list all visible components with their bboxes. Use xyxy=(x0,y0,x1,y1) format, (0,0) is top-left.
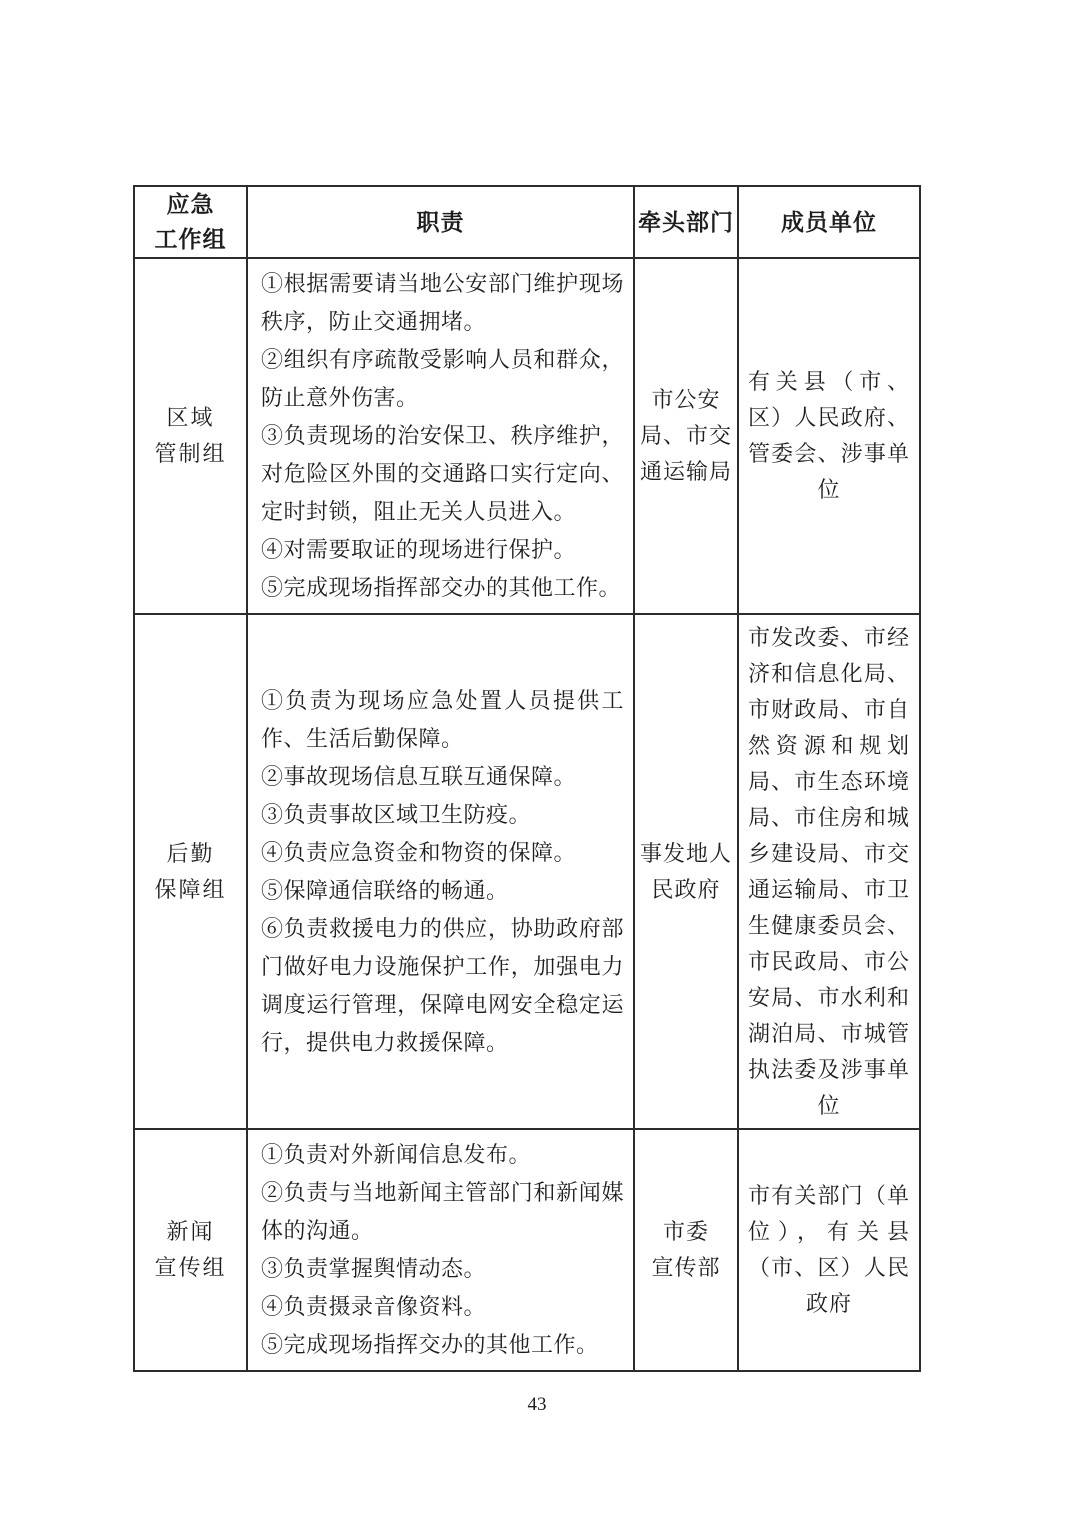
duties-list: ①负责为现场应急处置人员提供工作、生活后勤保障。 ②事故现场信息互联互通保障。 … xyxy=(247,614,634,1129)
member-units: 市发改委、市经济和信息化局、市财政局、市自然资源和规划局、市生态环境局、市住房和… xyxy=(738,614,920,1129)
document-page: 应急 工作组 职责 牵头部门 成员单位 区域 管制组 ①根据需要请当地公安部门维… xyxy=(0,0,1074,1520)
duty-item: ⑤保障通信联络的畅通。 xyxy=(261,872,624,910)
duty-item: ⑤完成现场指挥交办的其他工作。 xyxy=(261,1326,624,1364)
header-duties-column: 职责 xyxy=(247,186,634,258)
group-name: 新闻 宣传组 xyxy=(134,1129,247,1371)
group-name: 后勤 保障组 xyxy=(134,614,247,1129)
duty-item: ①负责为现场应急处置人员提供工作、生活后勤保障。 xyxy=(261,682,624,758)
duty-item: ⑥负责救援电力的供应，协助政府部门做好电力设施保护工作，加强电力调度运行管理，保… xyxy=(261,910,624,1062)
duty-item: ②事故现场信息互联互通保障。 xyxy=(261,758,624,796)
lead-department: 事发地人民政府 xyxy=(634,614,738,1129)
table-row-news-publicity: 新闻 宣传组 ①负责对外新闻信息发布。 ②负责与当地新闻主管部门和新闻媒体的沟通… xyxy=(134,1129,920,1371)
table-row-logistics-support: 后勤 保障组 ①负责为现场应急处置人员提供工作、生活后勤保障。 ②事故现场信息互… xyxy=(134,614,920,1129)
lead-department: 市公安局、市交通运输局 xyxy=(634,258,738,614)
table-header-row: 应急 工作组 职责 牵头部门 成员单位 xyxy=(134,186,920,258)
emergency-workgroups-table: 应急 工作组 职责 牵头部门 成员单位 区域 管制组 ①根据需要请当地公安部门维… xyxy=(133,185,921,1372)
duty-item: ③负责现场的治安保卫、秩序维护，对危险区外围的交通路口实行定向、定时封锁，阻止无… xyxy=(261,417,624,531)
duty-item: ⑤完成现场指挥部交办的其他工作。 xyxy=(261,569,624,607)
lead-department: 市委 宣传部 xyxy=(634,1129,738,1371)
group-name: 区域 管制组 xyxy=(134,258,247,614)
duty-item: ③负责事故区域卫生防疫。 xyxy=(261,796,624,834)
member-units: 有关县（市、区）人民政府、管委会、涉事单位 xyxy=(738,258,920,614)
duty-item: ④负责摄录音像资料。 xyxy=(261,1288,624,1326)
duty-item: ②负责与当地新闻主管部门和新闻媒体的沟通。 xyxy=(261,1174,624,1250)
member-units: 市有关部门（单位），有关县（市、区）人民政府 xyxy=(738,1129,920,1371)
duty-item: ②组织有序疏散受影响人员和群众，防止意外伤害。 xyxy=(261,341,624,417)
table-row-regional-control: 区域 管制组 ①根据需要请当地公安部门维护现场秩序，防止交通拥堵。 ②组织有序疏… xyxy=(134,258,920,614)
header-members-column: 成员单位 xyxy=(738,186,920,258)
duty-item: ①根据需要请当地公安部门维护现场秩序，防止交通拥堵。 xyxy=(261,265,624,341)
duties-list: ①根据需要请当地公安部门维护现场秩序，防止交通拥堵。 ②组织有序疏散受影响人员和… xyxy=(247,258,634,614)
duty-item: ④对需要取证的现场进行保护。 xyxy=(261,531,624,569)
header-lead-column: 牵头部门 xyxy=(634,186,738,258)
duties-list: ①负责对外新闻信息发布。 ②负责与当地新闻主管部门和新闻媒体的沟通。 ③负责掌握… xyxy=(247,1129,634,1371)
duty-item: ④负责应急资金和物资的保障。 xyxy=(261,834,624,872)
duty-item: ①负责对外新闻信息发布。 xyxy=(261,1136,624,1174)
header-group-column: 应急 工作组 xyxy=(134,186,247,258)
page-number: 43 xyxy=(0,1394,1074,1416)
duty-item: ③负责掌握舆情动态。 xyxy=(261,1250,624,1288)
